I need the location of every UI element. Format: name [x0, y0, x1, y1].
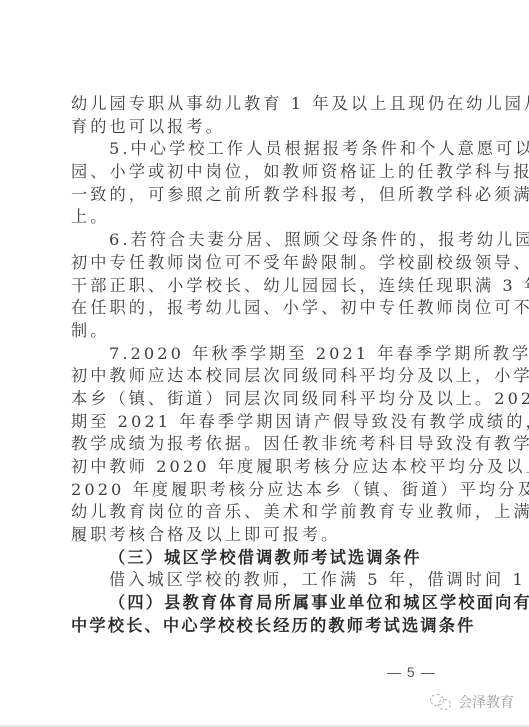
text-line-14: 本乡（镇、街道）同层次同级同科平均分及以上。2020 年秋季学 [71, 388, 463, 411]
wechat-icon [430, 694, 452, 710]
text-line-19: 幼儿教育岗位的音乐、美术和学前教育专业教师，上满课时量， [71, 501, 463, 524]
watermark-label: 会泽教育 [458, 692, 514, 712]
section-heading-3: （三）城区学校借调教师考试选调条件 [71, 547, 463, 570]
text-line-7: 6.若符合夫妻分居、照顾父母条件的，报考幼儿园、小学或 [71, 229, 463, 252]
text-line-10: 在任职的，报考幼儿园、小学、初中专任教师岗位可不受年龄限 [71, 297, 463, 320]
watermark: 会泽教育 [430, 692, 514, 712]
section-heading-4-cont: 中学校长、中心学校校长经历的教师考试选调条件 [71, 615, 463, 638]
text-line-12: 7.2020 年秋季学期至 2021 年春季学期所教学科教学成绩， [71, 343, 463, 366]
text-line-16: 教学成绩为报考依据。因任教非统考科目导致没有教学成绩的， [71, 433, 463, 456]
text-line-20: 履职考核合格及以上即可报考。 [71, 524, 463, 547]
text-line-17: 初中教师 2020 年度履职考核分应达本校平均分及以上，小学教师 [71, 456, 463, 479]
text-line-5: 一致的，可参照之前所教学科报考，但所教学科必须满 2 年及以 [71, 184, 463, 207]
document-page: 幼儿园专职从事幼儿教育 1 年及以上且现仍在幼儿园从事幼儿教 育的也可以报考。 … [0, 0, 529, 727]
text-line-1: 幼儿园专职从事幼儿教育 1 年及以上且现仍在幼儿园从事幼儿教 [71, 93, 463, 116]
text-line-2: 育的也可以报考。 [71, 116, 463, 139]
text-line-8: 初中专任教师岗位可不受年龄限制。学校副校级领导、中层管理 [71, 252, 463, 275]
document-body: 幼儿园专职从事幼儿教育 1 年及以上且现仍在幼儿园从事幼儿教 育的也可以报考。 … [71, 93, 463, 638]
text-line-9: 干部正职、小学校长、幼儿园园长，连续任现职满 3 年且现在仍 [71, 275, 463, 298]
page-number: — 5 — [387, 664, 436, 680]
text-line-18: 2020 年度履职考核分应达本乡（镇、街道）平均分及以上。报考 [71, 479, 463, 502]
text-line-13: 初中教师应达本校同层次同级同科平均分及以上，小学教师应达 [71, 365, 463, 388]
text-line-22: 借入城区学校的教师，工作满 5 年，借调时间 1 年及以上。 [71, 569, 463, 592]
text-line-11: 制。 [71, 320, 463, 343]
text-line-4: 园、小学或初中岗位，如教师资格证上的任教学科与报考学科不 [71, 161, 463, 184]
text-line-15: 期至 2021 年春季学期因请产假导致没有教学成绩的，以上年度 [71, 411, 463, 434]
text-line-3: 5.中心学校工作人员根据报考条件和个人意愿可以报考幼儿 [71, 138, 463, 161]
text-line-6: 上。 [71, 206, 463, 229]
section-heading-4: （四）县教育体育局所属事业单位和城区学校面向有乡（镇） [71, 592, 463, 615]
